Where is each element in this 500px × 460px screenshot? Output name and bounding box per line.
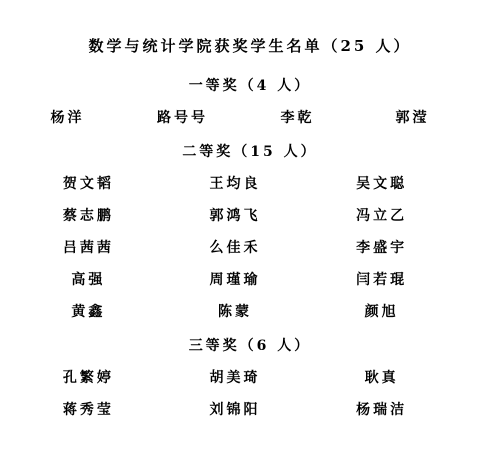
name-row: 黄鑫 陈蒙 颜旭 — [0, 302, 500, 322]
student-name: 陈蒙 — [162, 302, 309, 322]
student-name: 李乾 — [240, 108, 355, 128]
name-row: 蒋秀莹 刘锦阳 杨瑞洁 — [0, 400, 500, 420]
student-name: 黄鑫 — [15, 302, 162, 322]
name-row: 贺文韬 王均良 吴文聪 — [0, 174, 500, 194]
award-list-document: 数学与统计学院获奖学生名单（25 人） 一等奖（4 人） 杨洋 路号号 李乾 郭… — [0, 0, 500, 460]
student-name: 冯立乙 — [308, 206, 455, 226]
student-name: 蒋秀莹 — [15, 400, 162, 420]
student-name: 王均良 — [162, 174, 309, 194]
student-name: 孔繁婷 — [15, 368, 162, 388]
student-name: 杨洋 — [10, 108, 125, 128]
student-name: 贺文韬 — [15, 174, 162, 194]
name-row: 杨洋 路号号 李乾 郭滢 — [0, 108, 500, 128]
name-row: 高强 周瑾瑜 闫若琨 — [0, 270, 500, 290]
section-heading-first-prize: 一等奖（4 人） — [0, 76, 500, 96]
student-name: 刘锦阳 — [162, 400, 309, 420]
document-title: 数学与统计学院获奖学生名单（25 人） — [0, 36, 500, 56]
student-name: 郭鸿飞 — [162, 206, 309, 226]
student-name: 路号号 — [125, 108, 240, 128]
student-name: 闫若琨 — [308, 270, 455, 290]
student-name: 周瑾瑜 — [162, 270, 309, 290]
section-heading-second-prize: 二等奖（15 人） — [0, 142, 500, 162]
student-name: 么佳禾 — [162, 238, 309, 258]
section-heading-third-prize: 三等奖（6 人） — [0, 336, 500, 356]
student-name: 高强 — [15, 270, 162, 290]
student-name: 李盛宇 — [308, 238, 455, 258]
name-row: 孔繁婷 胡美琦 耿真 — [0, 368, 500, 388]
name-row: 蔡志鹏 郭鸿飞 冯立乙 — [0, 206, 500, 226]
student-name: 蔡志鹏 — [15, 206, 162, 226]
student-name: 颜旭 — [308, 302, 455, 322]
student-name: 郭滢 — [355, 108, 470, 128]
name-row: 吕茜茜 么佳禾 李盛宇 — [0, 238, 500, 258]
student-name: 吴文聪 — [308, 174, 455, 194]
student-name: 耿真 — [308, 368, 455, 388]
student-name: 杨瑞洁 — [308, 400, 455, 420]
student-name: 胡美琦 — [162, 368, 309, 388]
student-name: 吕茜茜 — [15, 238, 162, 258]
